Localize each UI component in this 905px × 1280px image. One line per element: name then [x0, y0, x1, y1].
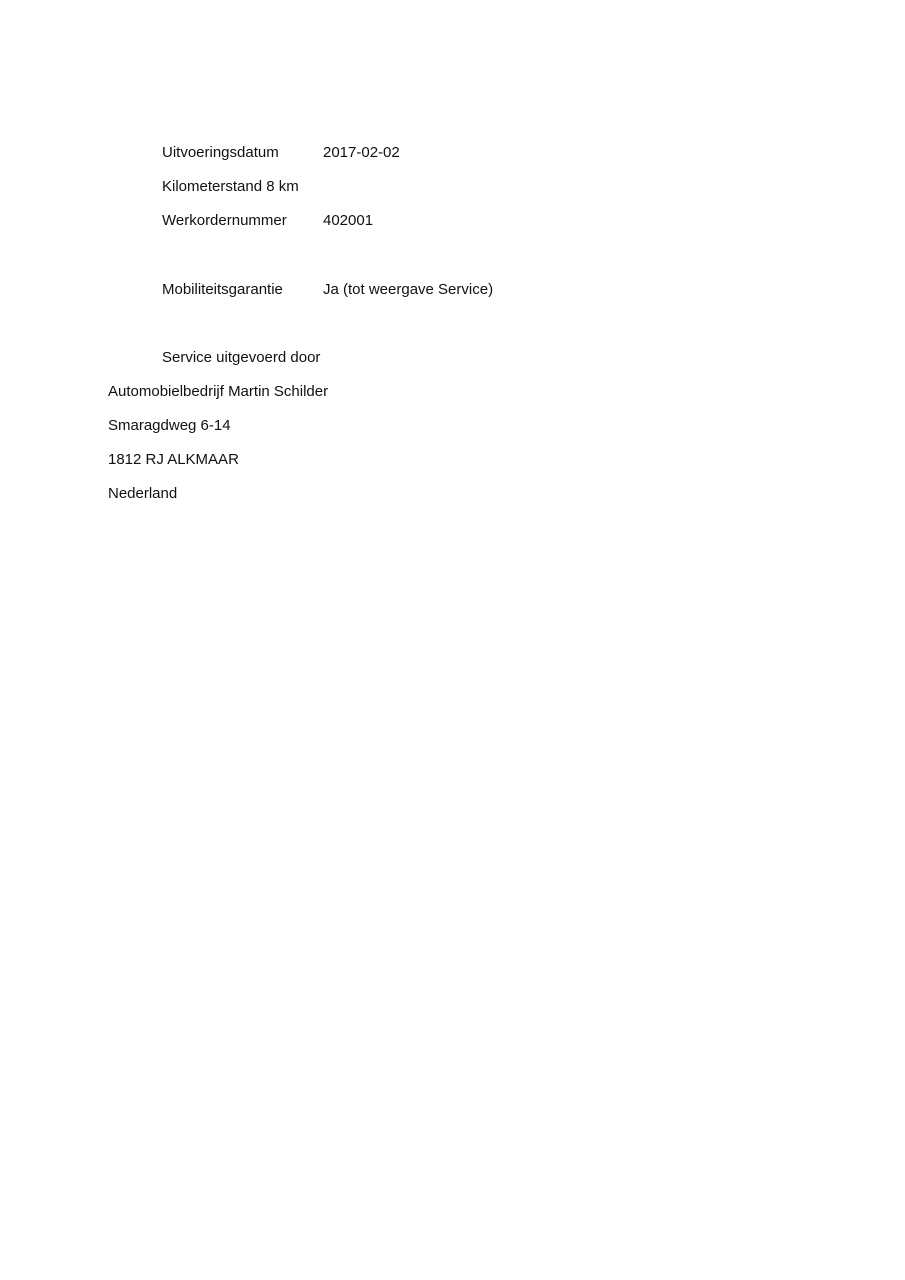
service-by-heading: Service uitgevoerd door	[162, 349, 320, 367]
execution-date-label: Uitvoeringsdatum	[162, 144, 279, 162]
company-country: Nederland	[108, 485, 177, 503]
work-order-value: 402001	[323, 212, 373, 230]
mobility-guarantee-value: Ja (tot weergave Service)	[323, 281, 493, 299]
work-order-label: Werkordernummer	[162, 212, 287, 230]
mobility-guarantee-label: Mobiliteitsgarantie	[162, 281, 283, 299]
company-name: Automobielbedrijf Martin Schilder	[108, 383, 328, 401]
company-street: Smaragdweg 6-14	[108, 417, 231, 435]
mileage-label: Kilometerstand 8 km	[162, 178, 299, 196]
company-postal-city: 1812 RJ ALKMAAR	[108, 451, 239, 469]
execution-date-value: 2017-02-02	[323, 144, 400, 162]
